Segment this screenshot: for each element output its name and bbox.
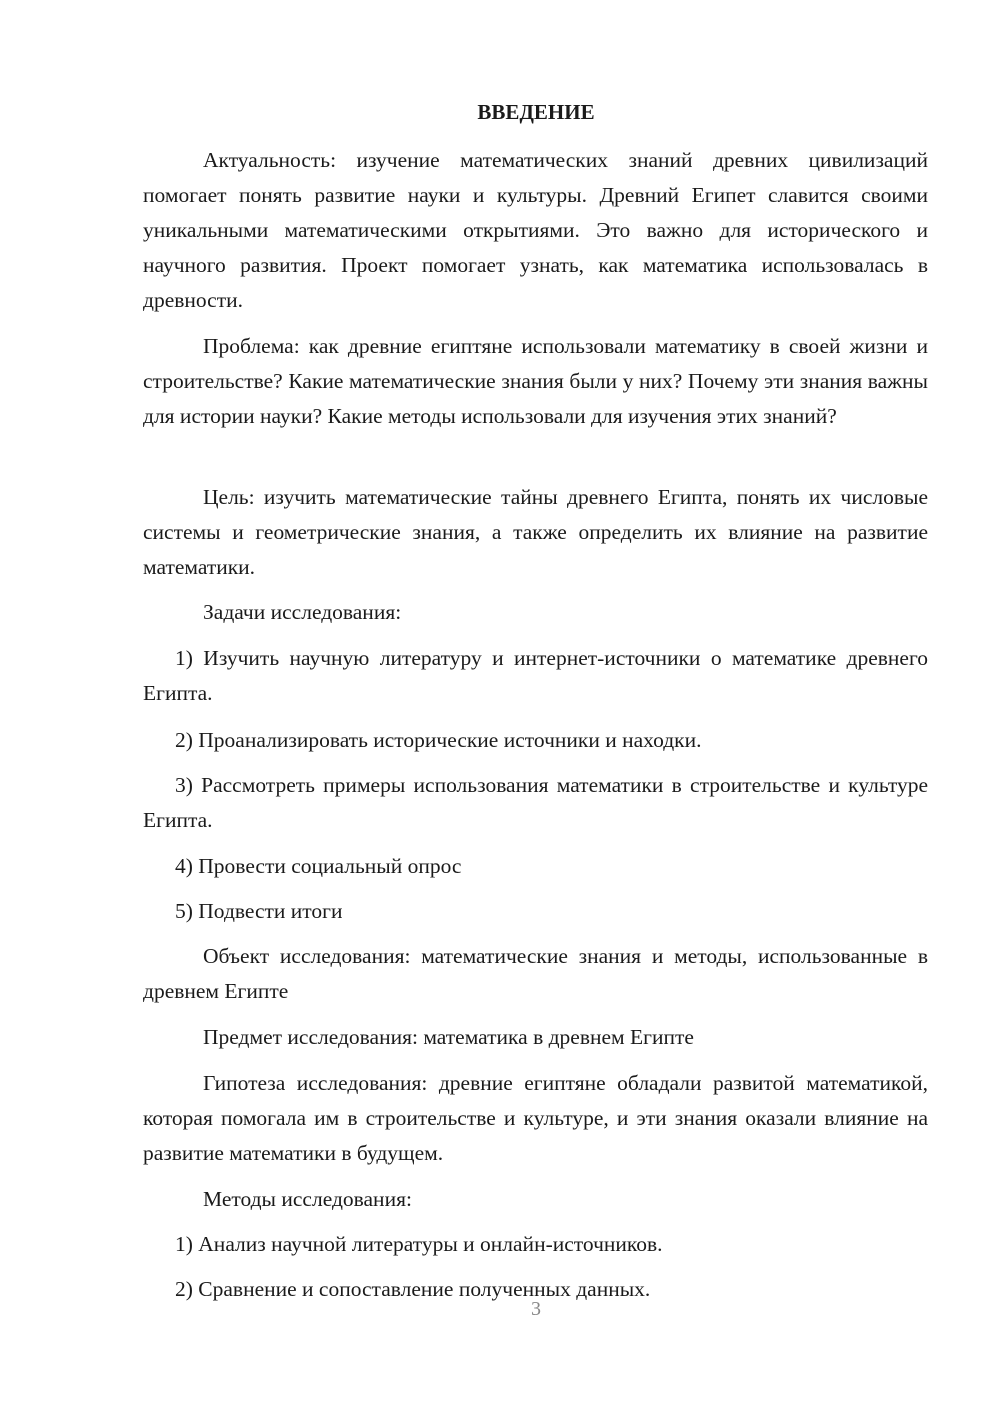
task-item-1: 1) Изучить научную литературу и интернет… <box>143 641 928 711</box>
task-item-5: 5) Подвести итоги <box>143 894 928 929</box>
relevance-paragraph: Актуальность: изучение математических зн… <box>143 143 928 318</box>
task-item-4: 4) Провести социальный опрос <box>143 849 928 884</box>
hypothesis-paragraph: Гипотеза исследования: древние египтяне … <box>143 1066 928 1171</box>
method-item-1: 1) Анализ научной литературы и онлайн-ис… <box>143 1227 928 1262</box>
object-paragraph: Объект исследования: математические знан… <box>143 939 928 1009</box>
methods-heading: Методы исследования: <box>143 1182 928 1217</box>
subject-paragraph: Предмет исследования: математика в древн… <box>143 1020 928 1055</box>
section-title: ВВЕДЕНИЕ <box>0 98 1000 126</box>
task-item-3: 3) Рассмотреть примеры использования мат… <box>143 768 928 838</box>
goal-paragraph: Цель: изучить математические тайны древн… <box>143 480 928 585</box>
page-number: 3 <box>0 1298 1000 1321</box>
document-page: ВВЕДЕНИЕ Актуальность: изучение математи… <box>0 0 1000 1414</box>
tasks-heading: Задачи исследования: <box>143 595 928 630</box>
problem-paragraph: Проблема: как древние египтяне использов… <box>143 329 928 434</box>
task-item-2: 2) Проанализировать исторические источни… <box>143 723 928 758</box>
